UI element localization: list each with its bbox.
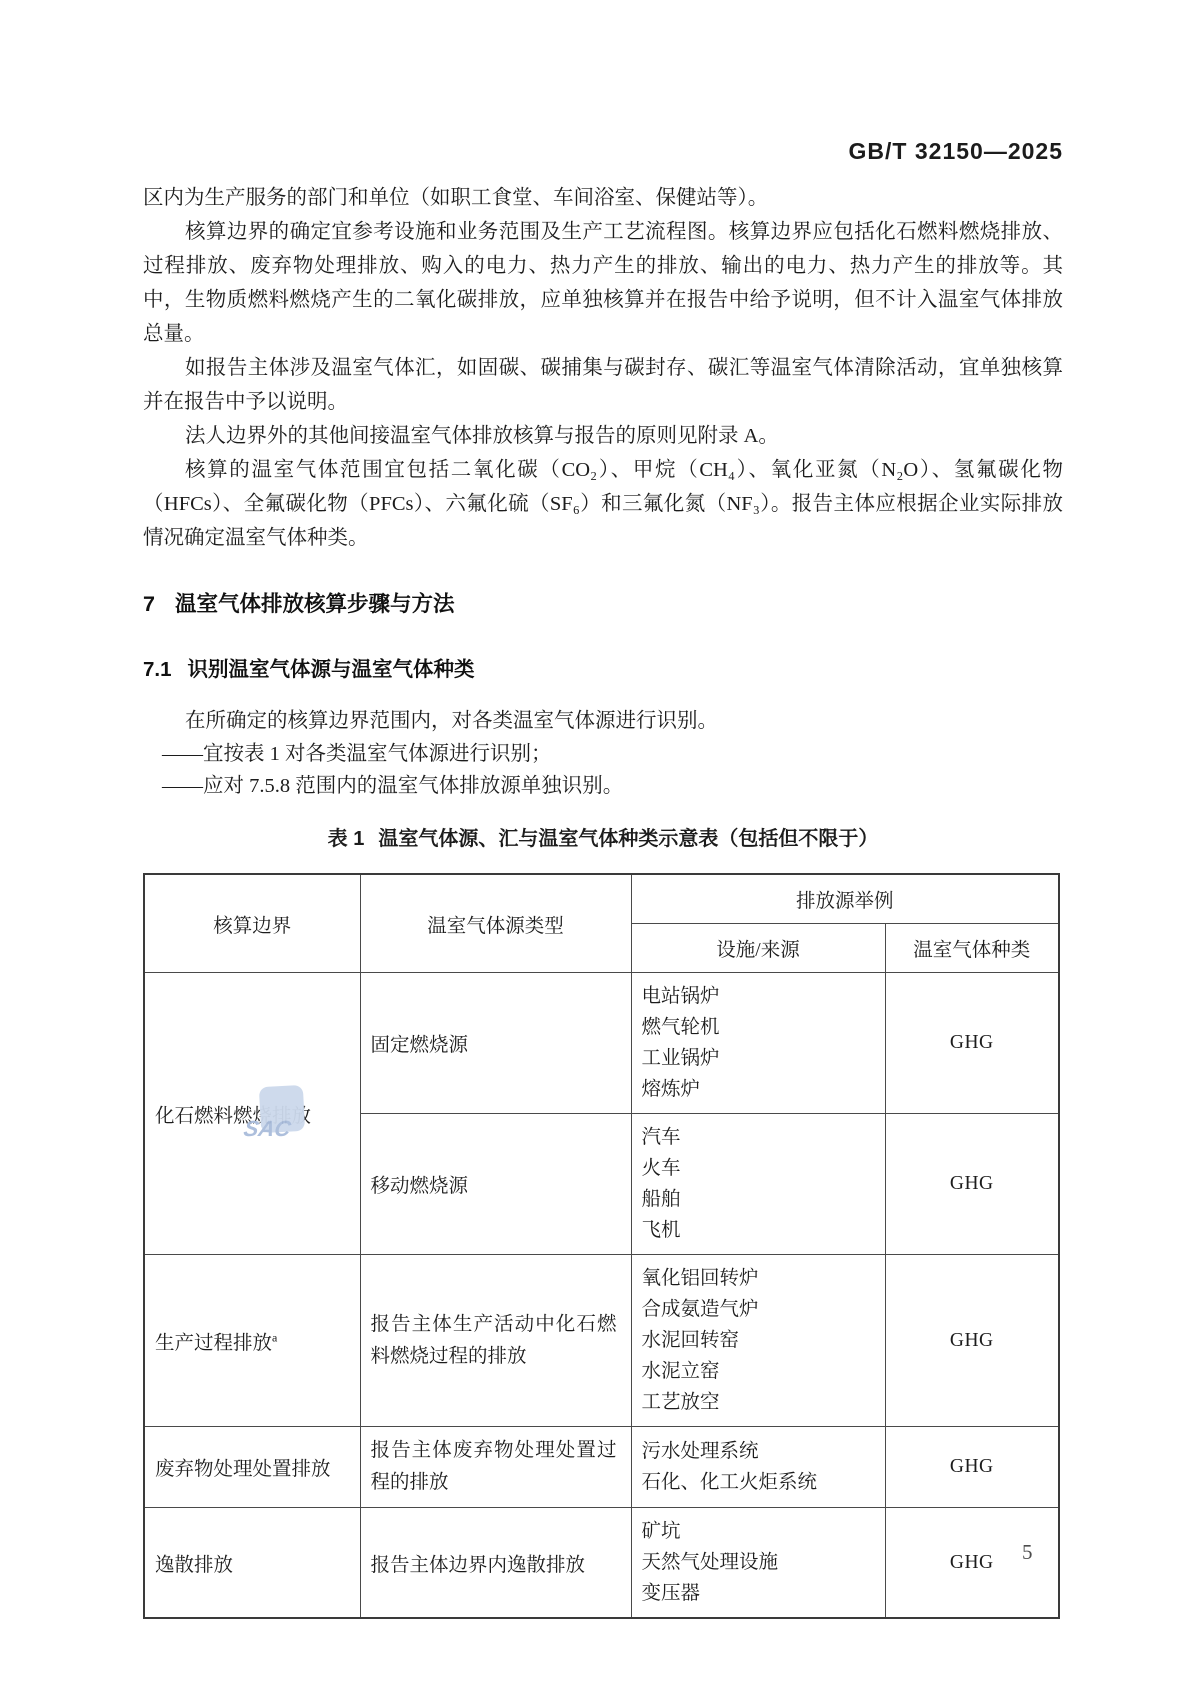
table-row-process-emissions: 生产过程排放a 报告主体生产活动中化石燃料燃烧过程的排放 氧化铝回转炉 合成氨造… (144, 1255, 1059, 1427)
table-caption-label: 表 1 (328, 828, 365, 850)
facility-item: 天然气处理设施 (642, 1547, 875, 1578)
facility-item: 汽车 (642, 1122, 875, 1153)
cell-boundary: 化石燃料燃烧排放 (144, 973, 360, 1255)
facility-item: 石化、化工火炬系统 (642, 1467, 875, 1498)
subsection-title: 识别温室气体源与温室气体种类 (188, 658, 475, 681)
header-cell-boundary: 核算边界 (144, 874, 360, 973)
paragraph: 法人边界外的其他间接温室气体排放核算与报告的原则见附录 A。 (143, 419, 1063, 453)
facility-item: 船舶 (642, 1184, 875, 1215)
cell-source-type: 报告主体边界内逸散排放 (360, 1508, 631, 1619)
header-cell-example-group: 排放源举例 (631, 874, 1059, 924)
facility-item: 火车 (642, 1153, 875, 1184)
cell-boundary: 逸散排放 (144, 1508, 360, 1619)
cell-gas-type: GHG (885, 1255, 1059, 1427)
page-content: GB/T 32150—2025 区内为生产服务的部门和单位（如职工食堂、车间浴室… (143, 0, 1063, 1619)
subsection-number: 7.1 (143, 658, 172, 681)
cell-gas-type: GHG (885, 1427, 1059, 1508)
paragraph: 如报告主体涉及温室气体汇，如固碳、碳捕集与碳封存、碳汇等温室气体清除活动，宜单独… (143, 351, 1063, 419)
section-7-heading: 7温室气体排放核算步骤与方法 (143, 587, 1063, 618)
facility-item: 飞机 (642, 1215, 875, 1246)
section-title: 温室气体排放核算步骤与方法 (175, 592, 455, 616)
table-row-stationary-combustion: 化石燃料燃烧排放 固定燃烧源 电站锅炉 燃气轮机 工业锅炉 熔炼炉 GHG (144, 973, 1059, 1114)
facility-item: 熔炼炉 (642, 1074, 875, 1105)
facility-item: 工业锅炉 (642, 1043, 875, 1074)
table-caption-title: 温室气体源、汇与温室气体种类示意表（包括但不限于） (378, 828, 878, 850)
table-row-waste-treatment: 废弃物处理处置排放 报告主体废弃物处理处置过程的排放 污水处理系统 石化、化工火… (144, 1427, 1059, 1508)
ghg-sources-table: 核算边界 温室气体源类型 排放源举例 设施/来源 温室气体种类 化石燃料燃烧排放… (143, 873, 1060, 1619)
header-cell-facility: 设施/来源 (631, 924, 885, 973)
facility-item: 电站锅炉 (642, 981, 875, 1012)
boundary-text: 生产过程排放 (155, 1333, 272, 1354)
facility-item: 合成氨造气炉 (642, 1294, 875, 1325)
paragraph: 核算边界的确定宜参考设施和业务范围及生产工艺流程图。核算边界应包括化石燃料燃烧排… (143, 215, 1063, 351)
paragraph: 核算的温室气体范围宜包括二氧化碳（CO₂）、甲烷（CH₄）、氧化亚氮（N₂O）、… (143, 453, 1063, 555)
cell-facilities: 汽车 火车 船舶 飞机 (631, 1114, 885, 1255)
cell-gas-type: GHG (885, 973, 1059, 1114)
cell-gas-type: GHG (885, 1114, 1059, 1255)
footnote-marker: a (272, 1330, 277, 1344)
paragraph-continuation: 区内为生产服务的部门和单位（如职工食堂、车间浴室、保健站等）。 (143, 181, 1063, 215)
body-text-block: 区内为生产服务的部门和单位（如职工食堂、车间浴室、保健站等）。 核算边界的确定宜… (143, 181, 1063, 555)
section-number: 7 (143, 592, 155, 616)
facility-item: 变压器 (642, 1578, 875, 1609)
cell-source-type: 报告主体废弃物处理处置过程的排放 (360, 1427, 631, 1508)
subsection-intro: 在所确定的核算边界范围内，对各类温室气体源进行识别。 (143, 704, 1063, 738)
facility-item: 污水处理系统 (642, 1436, 875, 1467)
page-number: 5 (1022, 1540, 1033, 1565)
dash-list-item: ——宜按表 1 对各类温室气体源进行识别； (162, 738, 1063, 770)
facility-item: 矿坑 (642, 1516, 875, 1547)
cell-source-type: 固定燃烧源 (360, 973, 631, 1114)
facility-item: 水泥立窑 (642, 1356, 875, 1387)
facility-item: 工艺放空 (642, 1387, 875, 1418)
cell-boundary: 生产过程排放a (144, 1255, 360, 1427)
cell-source-type: 报告主体生产活动中化石燃料燃烧过程的排放 (360, 1255, 631, 1427)
cell-facilities: 电站锅炉 燃气轮机 工业锅炉 熔炼炉 (631, 973, 885, 1114)
table-header-row: 核算边界 温室气体源类型 排放源举例 (144, 874, 1059, 924)
header-cell-source-type: 温室气体源类型 (360, 874, 631, 973)
facility-item: 水泥回转窑 (642, 1325, 875, 1356)
dash-list-item: ——应对 7.5.8 范围内的温室气体排放源单独识别。 (162, 770, 1063, 802)
facility-item: 燃气轮机 (642, 1012, 875, 1043)
subsection-7-1-heading: 7.1识别温室气体源与温室气体种类 (143, 652, 1063, 682)
table-row-fugitive-emissions: 逸散排放 报告主体边界内逸散排放 矿坑 天然气处理设施 变压器 GHG (144, 1508, 1059, 1619)
cell-boundary: 废弃物处理处置排放 (144, 1427, 360, 1508)
header-cell-gas-type: 温室气体种类 (885, 924, 1059, 973)
standard-number-header: GB/T 32150—2025 (143, 138, 1063, 165)
cell-facilities: 氧化铝回转炉 合成氨造气炉 水泥回转窑 水泥立窑 工艺放空 (631, 1255, 885, 1427)
cell-facilities: 污水处理系统 石化、化工火炬系统 (631, 1427, 885, 1508)
facility-item: 氧化铝回转炉 (642, 1263, 875, 1294)
table-caption: 表 1温室气体源、汇与温室气体种类示意表（包括但不限于） (143, 822, 1063, 851)
cell-source-type: 移动燃烧源 (360, 1114, 631, 1255)
document-page: GB/T 32150—2025 区内为生产服务的部门和单位（如职工食堂、车间浴室… (0, 0, 1190, 1684)
cell-gas-type: GHG (885, 1508, 1059, 1619)
cell-facilities: 矿坑 天然气处理设施 变压器 (631, 1508, 885, 1619)
